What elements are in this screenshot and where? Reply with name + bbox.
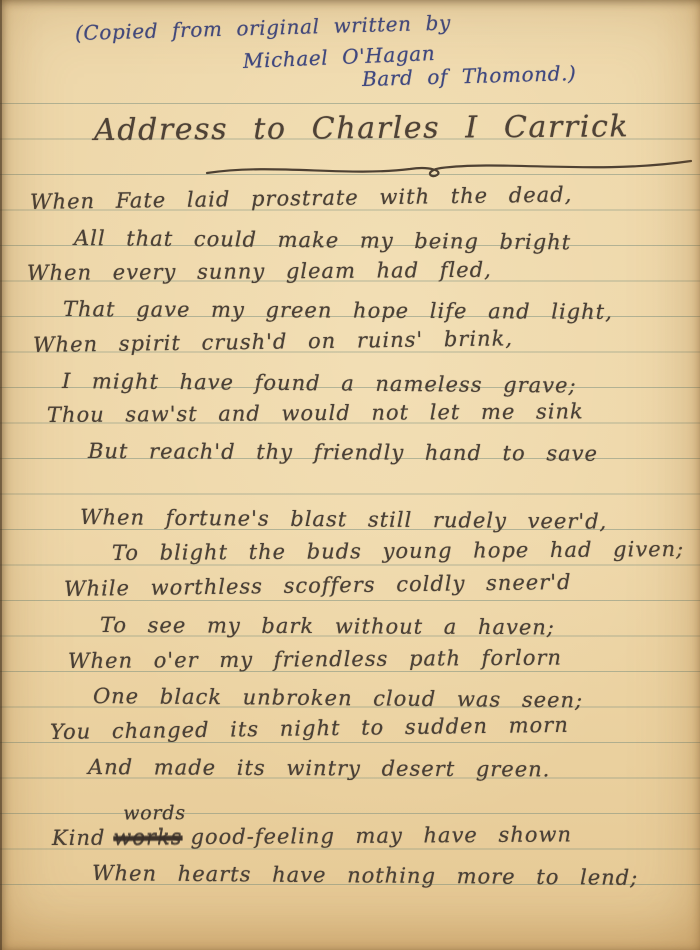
poem-line: I might have found a nameless grave; bbox=[62, 369, 577, 398]
struck-word: works bbox=[113, 825, 182, 849]
poem-line-suffix: good-feeling may have shown bbox=[190, 822, 572, 849]
poem-line: To see my bark without a haven; bbox=[100, 613, 555, 640]
poem-line: But reach'd thy friendly hand to save bbox=[88, 439, 598, 466]
poem-line: To blight the buds young hope had given; bbox=[112, 537, 684, 565]
poem-line: One black unbroken cloud was seen; bbox=[93, 684, 583, 712]
poem-line: When o'er my friendless path forlorn bbox=[68, 646, 562, 674]
poem-line: And made its wintry desert green. bbox=[88, 755, 551, 782]
title-underline-flourish bbox=[205, 155, 693, 185]
copyist-note-line3: Bard of Thomond.) bbox=[362, 62, 577, 90]
poem-line: All that could make my being bright bbox=[74, 226, 571, 254]
poem-title: Address to Charles I Carrick bbox=[94, 110, 629, 147]
poem-line-with-correction: Kindwordsworksgood-feeling may have show… bbox=[52, 822, 572, 850]
poem-line: When hearts have nothing more to lend; bbox=[92, 861, 638, 890]
poem-line: That gave my green hope life and light, bbox=[63, 297, 613, 324]
poem-line: Thou saw'st and would not let me sink bbox=[47, 399, 584, 427]
scan-edge-shadow bbox=[0, 0, 2, 950]
poem-line: When fortune's blast still rudely veer'd… bbox=[80, 505, 607, 534]
inserted-word: words bbox=[123, 804, 186, 823]
copyist-note-line1: (Copied from original written by bbox=[75, 12, 451, 44]
corrected-word: wordsworks bbox=[113, 825, 182, 850]
manuscript-page: (Copied from original written by Michael… bbox=[0, 0, 700, 950]
poem-line-prefix: Kind bbox=[52, 826, 106, 850]
poem-line: When every sunny gleam had fled, bbox=[27, 258, 492, 285]
